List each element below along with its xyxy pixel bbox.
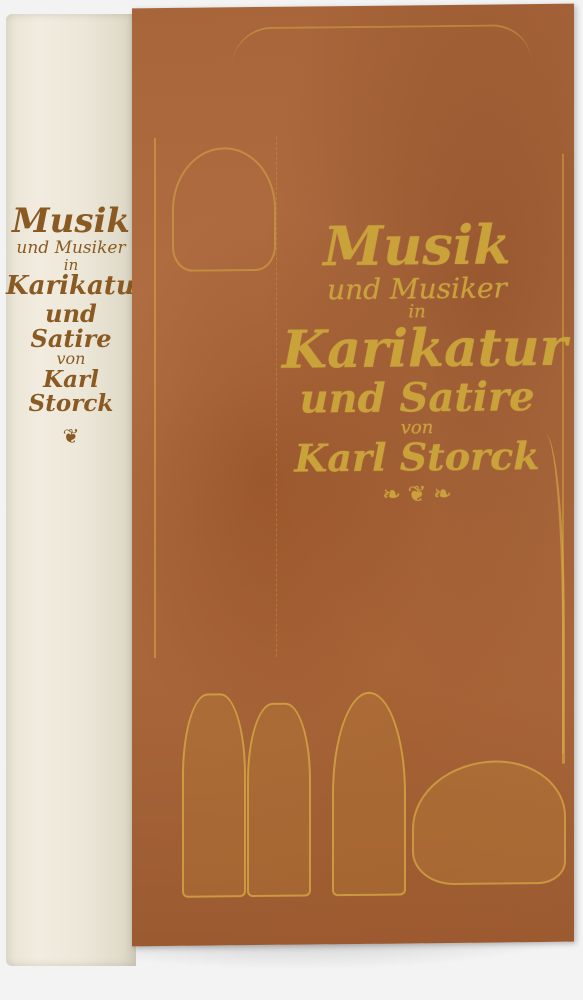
spine-title-line: Karikatur — [6, 273, 136, 300]
flourish-ornament-icon: ❧ ❦ ❧ — [282, 482, 552, 508]
cover-title: Musik und Musiker in Karikatur und Satir… — [282, 216, 552, 508]
spine-title-line: und Musiker — [6, 240, 136, 258]
book-photo: Musik und Musiker in Karikatur und Satir… — [0, 0, 583, 1000]
musician-figure-icon — [182, 693, 246, 898]
bishop-figure-icon — [332, 691, 406, 896]
spine-author: Karl Storck — [6, 368, 136, 416]
gilt-border-top — [232, 24, 532, 129]
gilt-illustration — [162, 654, 562, 918]
cover-title-line: Musik — [282, 216, 552, 276]
cover-title-line: und Satire — [282, 375, 552, 420]
spine-title: Musik und Musiker in Karikatur und Satir… — [6, 204, 136, 447]
eagle-ornament-icon — [172, 147, 276, 272]
spine-title-line: und Satire — [6, 301, 136, 351]
spine-title-line: Musik — [6, 204, 136, 240]
book-spine: Musik und Musiker in Karikatur und Satir… — [6, 14, 136, 966]
book-cover: Musik und Musiker in Karikatur und Satir… — [132, 4, 574, 947]
musician-figure-icon — [247, 702, 311, 897]
cover-author: Karl Storck — [282, 436, 552, 479]
cover-title-line: Karikatur — [282, 321, 552, 378]
flourish-ornament-icon: ❦ — [6, 426, 136, 447]
lion-figure-icon — [412, 760, 566, 886]
